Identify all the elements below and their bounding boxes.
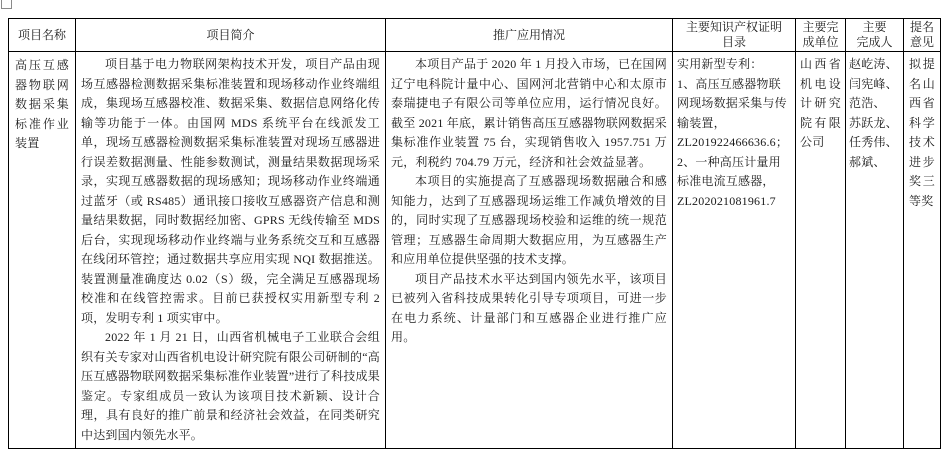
corner-artifact — [1, 0, 12, 9]
completing-unit-text: 山西省机电设计研究院有限公司 — [800, 57, 841, 149]
nomination-opinion-text: 拟提名山西省科学技术进步奖三等奖 — [909, 57, 935, 208]
cell-application: 本项目产品于 2020 年 1 月投入市场，已在国网辽宁电科院计量中心、国网河北… — [386, 52, 673, 449]
award-nomination-table: 项目名称 项目简介 推广应用情况 主要知识产权证明 目录 主要完 成单位 主要 … — [8, 18, 941, 449]
contributor-name: 赵屹涛、 — [849, 55, 900, 75]
document-page: 项目名称 项目简介 推广应用情况 主要知识产权证明 目录 主要完 成单位 主要 … — [0, 0, 947, 449]
col-header-ip: 主要知识产权证明 目录 — [673, 19, 796, 52]
col-header-application: 推广应用情况 — [386, 19, 673, 52]
intro-paragraph: 2022 年 1 月 21 日，山西省机械电子工业联合会组织有关专家对山西省机电… — [81, 328, 380, 445]
application-paragraph: 本项目产品于 2020 年 1 月投入市场，已在国网辽宁电科院计量中心、国网河北… — [391, 55, 667, 172]
col-header-unit: 主要完 成单位 — [796, 19, 846, 52]
contributor-name: 苏跃龙、 — [849, 114, 900, 134]
col-header-intro: 项目简介 — [76, 19, 386, 52]
intro-paragraph: 项目基于电力物联网架构技术开发，项目产品由现场互感器检测数据采集标准装置和现场移… — [81, 55, 380, 328]
ip-line: 1、高压互感器物联网现场数据采集与传输装置，ZL201922466636.6； — [677, 75, 791, 153]
cell-project-name: 高压互感器物联网数据采集标准作业装置 — [9, 52, 76, 449]
contributor-name: 任秀伟、 — [849, 133, 900, 153]
contributor-name: 闫宪峰、 — [849, 75, 900, 95]
col-header-project-name: 项目名称 — [9, 19, 76, 52]
cell-completing-unit: 山西省机电设计研究院有限公司 — [796, 52, 846, 449]
col-header-people: 主要 完成人 — [846, 19, 904, 52]
application-paragraph: 项目产品技术水平达到国内领先水平，该项目已被列入省科技成果转化引导专项项目，可进… — [391, 270, 667, 348]
contributor-name: 郝斌、 — [849, 153, 900, 173]
cell-ip-list: 实用新型专利： 1、高压互感器物联网现场数据采集与传输装置，ZL20192246… — [673, 52, 796, 449]
header-row: 项目名称 项目简介 推广应用情况 主要知识产权证明 目录 主要完 成单位 主要 … — [9, 19, 941, 52]
ip-line: 实用新型专利： — [677, 55, 791, 75]
table-row: 高压互感器物联网数据采集标准作业装置 项目基于电力物联网架构技术开发，项目产品由… — [9, 52, 941, 449]
cell-nomination-opinion: 拟提名山西省科学技术进步奖三等奖 — [904, 52, 941, 449]
col-header-nomination: 提名 意见 — [904, 19, 941, 52]
cell-contributors: 赵屹涛、 闫宪峰、 范浩、 苏跃龙、 任秀伟、 郝斌、 — [846, 52, 904, 449]
contributor-name: 范浩、 — [849, 94, 900, 114]
application-paragraph: 本项目的实施提高了互感器现场数据融合和感知能力，达到了互感器现场运维工作减负增效… — [391, 172, 667, 270]
cell-project-intro: 项目基于电力物联网架构技术开发，项目产品由现场互感器检测数据采集标准装置和现场移… — [76, 52, 386, 449]
ip-line: 2、一种高压计量用标准电流互感器，ZL202021081961.7 — [677, 153, 791, 212]
project-name-text: 高压互感器物联网数据采集标准作业装置 — [15, 58, 69, 150]
